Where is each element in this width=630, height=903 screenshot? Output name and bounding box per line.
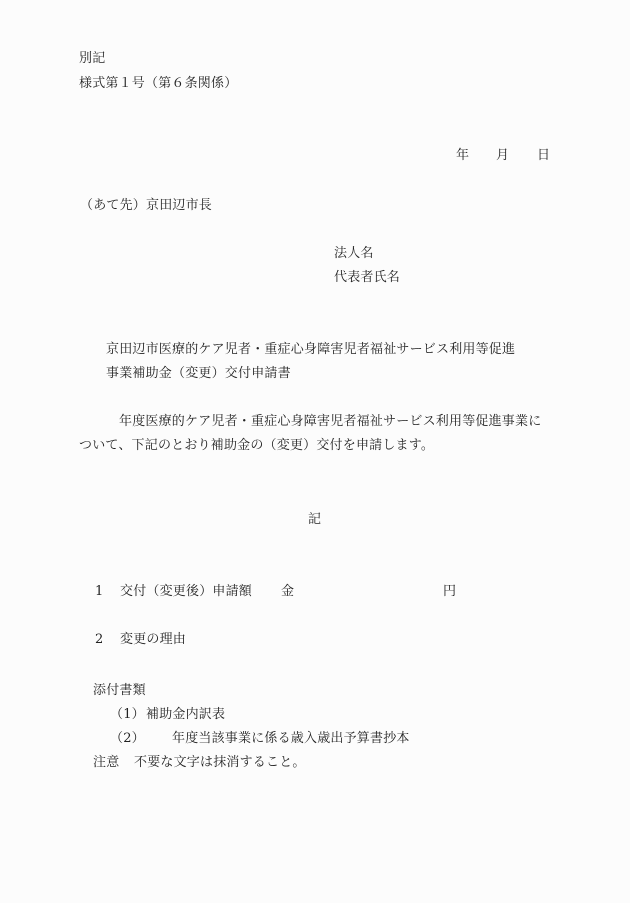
form-number: 様式第１号（第６条関係） [79,76,237,92]
body-text-line1: 年度医療的ケア児者・重症心身障害児者福祉サービス利用等促進事業に [119,414,541,430]
document-title-line2: 事業補助金（変更）交付申請書 [106,366,291,382]
appendix-label: 別記 [79,51,105,67]
note-label: 注意 [93,755,119,771]
item-2-label: 変更の理由 [120,632,186,648]
attachment-1-label: 補助金内訳表 [146,707,225,723]
amount-prefix: 金 [281,584,294,600]
item-1-label: 交付（変更後）申請額 [120,584,252,600]
body-text-line2: ついて、下記のとおり補助金の（変更）交付を申請します。 [79,438,434,454]
attachments-heading: 添付書類 [93,683,146,699]
representative-name-label: 代表者氏名 [334,270,400,286]
amount-suffix: 円 [443,584,456,600]
item-1-number: 1 [95,584,103,600]
corporation-name-label: 法人名 [334,246,374,262]
attachment-1-number: （1） [110,707,145,723]
item-2-number: 2 [95,632,103,648]
document-title-line1: 京田辺市医療的ケア児者・重症心身障害児者福祉サービス利用等促進 [106,342,515,358]
day-label: 日 [537,148,550,164]
note-text: 不要な文字は抹消すること。 [134,755,306,771]
addressee: （あて先）京田辺市長 [80,198,212,214]
ki-heading: 記 [308,512,321,528]
attachment-2-label: 年度当該事業に係る歳入歳出予算書抄本 [172,731,410,747]
attachment-2-number: （2） [110,731,145,747]
month-label: 月 [496,148,509,164]
year-label: 年 [456,148,469,164]
